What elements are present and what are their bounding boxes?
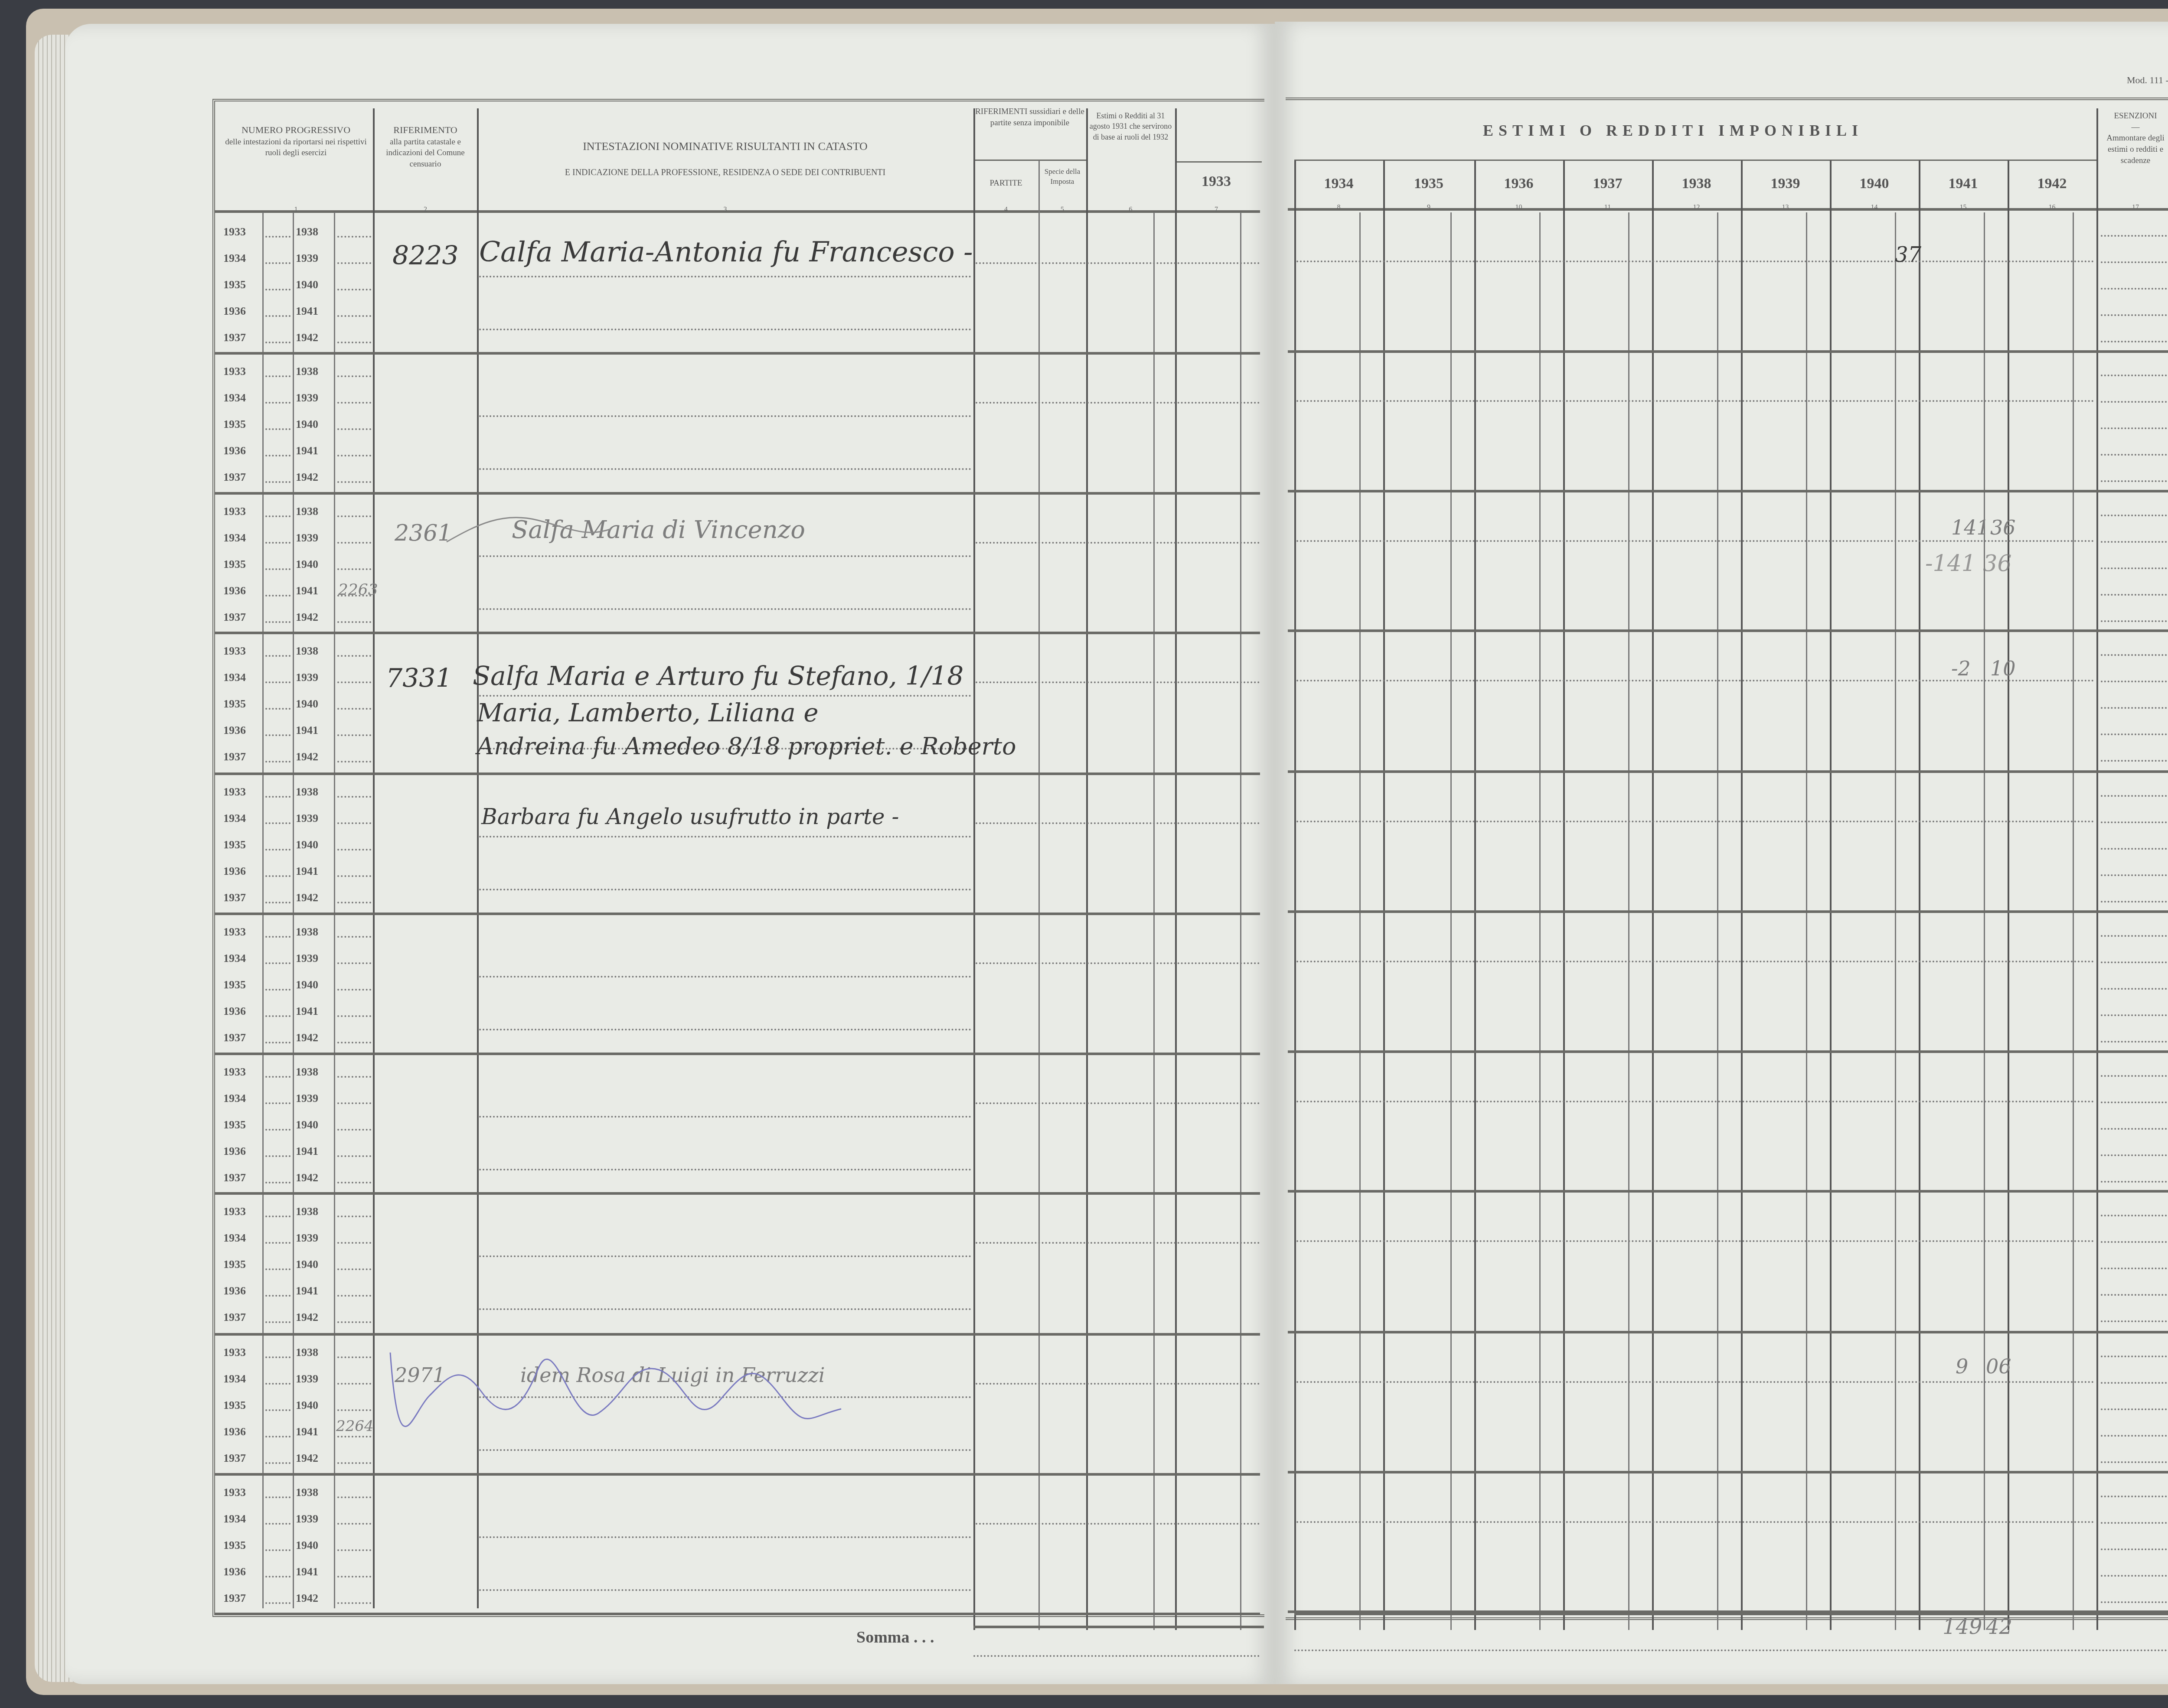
header-col17: ESENZIONI — Ammontare degli estimi o red… [2096,111,2168,166]
header-year-1933-num: 7 [1175,206,1257,214]
year-dots [265,455,291,456]
yr-col-b-divider [293,212,294,1608]
block-year-right: 1940 [296,558,318,571]
year-dots [337,1042,371,1043]
year-dots [337,455,371,456]
header-col5-num: 5 [1038,206,1086,214]
esenzioni-dots [2101,1294,2168,1296]
block-year-right: 1939 [296,252,318,265]
block-year-right: 1941 [296,584,318,597]
year-dots [265,1409,291,1411]
esenzioni-dots [2101,1041,2168,1043]
block-year-right: 1939 [296,671,318,684]
block-year-left: 1933 [223,505,246,518]
year-dots [337,1155,371,1157]
header-year-1937-num: 11 [1563,204,1652,212]
cents-1935 [1450,212,1452,1630]
year-dots [337,1182,371,1183]
block-divider-9 [215,1473,1260,1476]
entry-1-ref: 8223 [392,241,459,271]
sum-top-line-right [1294,1613,2168,1615]
year-dots [337,236,371,238]
year-dots [265,1216,291,1217]
block-year-left: 1933 [223,645,246,658]
header-year-1940-num: 14 [1830,204,1919,212]
col7-cents-divider [1240,212,1241,1630]
header-col3-sub: E INDICAZIONE DELLA PROFESSIONE, RESIDEN… [477,167,973,179]
block-year-right: 1938 [296,645,318,658]
year-dots [337,289,371,290]
header-col17-sub: Ammontare degli estimi o redditi e scade… [2096,133,2168,166]
block-year-left: 1936 [223,865,246,878]
total-1941: 149 [1943,1615,1982,1639]
year-dots [337,822,371,824]
col-1938-left [1652,160,1654,1630]
block-year-left: 1933 [223,1486,246,1499]
esenzioni-dots [2101,1356,2168,1357]
block-year-right: 1941 [296,305,318,318]
amount-line-dots-right [1296,1381,2094,1383]
esenzioni-dots [2101,1320,2168,1322]
header-col17-dash: — [2096,122,2168,133]
esenzioni-dots [2101,1496,2168,1497]
year-dots [337,375,371,377]
col-1939-left [1741,160,1743,1630]
block-year-right: 1938 [296,786,318,799]
amount-line-dots-right [1296,1101,2094,1102]
entry-5-line-1: Barbara fu Angelo usufrutto in parte - [481,804,899,829]
esenzioni-dots [2101,1128,2168,1130]
name-line-dots [479,415,971,417]
esenzioni-dots [2101,1014,2168,1016]
name-line-dots [479,1255,971,1257]
block-year-left: 1933 [223,1346,246,1359]
block-divider-6 [215,1053,1260,1055]
header-col2-title: RIFERIMENTO [374,124,477,137]
year-dots [337,1436,371,1437]
esenzioni-dots [2101,707,2168,709]
year-dots [337,1015,371,1017]
yr-col-a-divider [262,212,264,1608]
block-year-left: 1933 [223,365,246,378]
esenzioni-dots [2101,681,2168,682]
year-dots [265,402,291,404]
esenzioni-dots [2101,1522,2168,1524]
name-line-dots [479,329,971,330]
esenzioni-dots [2101,401,2168,403]
year-dots [337,1523,371,1525]
year-dots [265,262,291,264]
esenzioni-dots [2101,314,2168,316]
amount-line-dots-left [976,681,1260,683]
header-year-1935: 1935 [1383,176,1474,192]
name-line-dots [479,1116,971,1118]
esenzioni-dots [2101,1075,2168,1077]
esenzioni-dots [2101,261,2168,263]
year-dots [265,1383,291,1385]
sum-dotted-left [973,1655,1260,1657]
year-dots [337,796,371,798]
year-dots [337,1462,371,1464]
name-line-dots [479,1169,971,1170]
name-line-dots [479,555,971,557]
year-dots [337,875,371,877]
block-year-left: 1936 [223,1005,246,1018]
amount-line-dots-left [976,962,1260,964]
esenzioni-dots [2101,1102,2168,1103]
block-year-left: 1935 [223,418,246,431]
block-year-right: 1938 [296,926,318,939]
header-col6-title: Estimi o Redditi al 31 agosto 1931 che s… [1086,111,1175,142]
year-dots [337,481,371,483]
riferimenti-subdivider [973,160,1086,161]
header-col4-num: 4 [973,206,1038,214]
name-line-dots [479,836,971,838]
block-year-right: 1939 [296,1232,318,1245]
block-year-right: 1940 [296,1399,318,1412]
entry-1-amount-1940: 37 [1895,243,1921,267]
block-year-right: 1941 [296,724,318,737]
esenzioni-dots [2101,515,2168,516]
block-year-left: 1935 [223,698,246,711]
esenzioni-dots [2101,874,2168,876]
year-dots [265,1436,291,1437]
esenzioni-dots [2101,760,2168,762]
amount-line-dots-left [976,822,1260,824]
block-year-left: 1934 [223,671,246,684]
year-dots [337,315,371,317]
amount-line-dots-right [1296,1240,2094,1242]
cents-1938 [1717,212,1718,1630]
esenzioni-dots [2101,480,2168,482]
block-year-right: 1940 [296,978,318,991]
year-dots [265,761,291,763]
block-year-right: 1938 [296,365,318,378]
rblock-divider-7 [1288,1190,2168,1193]
year-dots [265,542,291,544]
name-line-dots [479,608,971,610]
block-year-right: 1939 [296,1092,318,1105]
block-divider-10 [215,1613,1260,1615]
year-dots [265,1523,291,1525]
block-year-right: 1938 [296,225,318,238]
block-year-right: 1939 [296,1372,318,1385]
block-year-left: 1936 [223,724,246,737]
block-year-right: 1941 [296,1565,318,1578]
year-dots [265,1602,291,1604]
amount-line-dots-left [976,1242,1260,1244]
block-year-left: 1937 [223,750,246,763]
entry-1-name: Calfa Maria-Antonia fu Francesco - [479,236,973,268]
entry-4-amount-1942: 10 [1990,657,2016,680]
name-line-dots [479,695,971,697]
rblock-divider-9 [1288,1471,2168,1473]
block-year-right: 1939 [296,391,318,404]
year-dots [337,936,371,938]
year-dots [337,655,371,657]
header-year-1938-num: 12 [1652,204,1741,212]
block-year-left: 1935 [223,1399,246,1412]
year-dots [265,375,291,377]
block-year-right: 1939 [296,1512,318,1525]
year-dots [337,1242,371,1244]
col-1934-left [1294,160,1296,1630]
header-year-1939-num: 13 [1741,204,1830,212]
year-dots [265,1076,291,1078]
col-divider-3-4 [973,108,975,1630]
block-year-right: 1940 [296,278,318,291]
block-divider-8 [215,1333,1260,1336]
esenzioni-dots [2101,848,2168,850]
block-year-left: 1937 [223,891,246,904]
block-year-left: 1937 [223,1311,246,1324]
esenzioni-dots [2101,594,2168,596]
year-dots [337,568,371,570]
block-year-right: 1942 [296,1452,318,1465]
sum-label: Somma . . . [856,1628,934,1647]
year-dots [265,1129,291,1131]
name-line-dots [479,889,971,890]
year-dots [265,342,291,343]
esenzioni-dots [2101,541,2168,543]
year-dots [265,989,291,991]
entry-4-ref: 7331 [386,663,452,694]
esenzioni-dots [2101,1601,2168,1603]
esenzioni-dots [2101,1181,2168,1183]
year-dots [337,262,371,264]
cents-1936 [1539,212,1541,1630]
header-col1: NUMERO PROGRESSIVO delle intestazioni da… [219,124,373,159]
amount-line-dots-right [1296,540,2094,542]
block-year-right: 1941 [296,1005,318,1018]
right-table-frame [1286,98,2168,1620]
year-dots [265,1576,291,1578]
block-year-right: 1940 [296,1118,318,1131]
block-year-left: 1937 [223,1031,246,1044]
esenzioni-dots [2101,733,2168,735]
esenzioni-dots [2101,1408,2168,1410]
name-line-dots [479,1029,971,1030]
form-model-label: Mod. 111 - Imposte Dirette (Intercalare)… [2127,75,2168,86]
year-dots [265,796,291,798]
year-dots [337,1383,371,1385]
esenzioni-dots [2101,901,2168,903]
esenzioni-dots [2101,1382,2168,1384]
cancellation-squiggle [382,1344,924,1431]
esenzioni-dots [2101,821,2168,823]
esenzioni-dots [2101,288,2168,290]
year-dots [265,1015,291,1017]
block-year-left: 1937 [223,1171,246,1184]
header-col1-num: 1 [219,206,373,214]
block-year-left: 1934 [223,1512,246,1525]
year-dots [337,621,371,623]
year-dots [265,962,291,964]
year-dots [337,989,371,991]
amount-line-dots-left [976,262,1260,264]
block-year-right: 1940 [296,1258,318,1271]
header-col6-num: 6 [1086,206,1175,214]
block-year-left: 1936 [223,1284,246,1297]
block-year-right: 1941 [296,1145,318,1158]
block-year-left: 1934 [223,391,246,404]
block-year-left: 1937 [223,1452,246,1465]
block-year-left: 1935 [223,1118,246,1131]
header-year-1941: 1941 [1919,176,2008,192]
header-col1-sub: delle intestazioni da riportarsi nei ris… [219,137,373,159]
amount-line-dots-right [1296,961,2094,962]
block-divider-3 [215,632,1260,634]
block-year-right: 1942 [296,750,318,763]
block-year-right: 1941 [296,1425,318,1438]
total-1942: 42 [1986,1615,2012,1639]
rblock-divider-6 [1288,1050,2168,1053]
block-divider-2 [215,492,1260,495]
block-year-right: 1942 [296,1592,318,1605]
esenzioni-dots [2101,1241,2168,1243]
name-line-dots [479,976,971,978]
esenzioni-dots [2101,654,2168,656]
esenzioni-dots [2101,795,2168,797]
block-year-left: 1937 [223,611,246,624]
block-year-left: 1936 [223,1565,246,1578]
block-year-left: 1933 [223,926,246,939]
block-year-left: 1936 [223,1145,246,1158]
amount-line-dots-left [976,1383,1260,1385]
entry-3-struck-amount: -141 36 [1925,551,2012,577]
cents-1937 [1628,212,1629,1630]
esenzioni-dots [2101,1461,2168,1463]
year-dots [337,1602,371,1604]
esenzioni-dots [2101,454,2168,456]
header-col4-title: PARTITE [973,178,1038,189]
year-dots [337,1576,371,1578]
entry-4-amount-1941: -2 [1951,657,1971,680]
amount-line-dots-right [1296,261,2094,262]
header-year-1939: 1939 [1741,176,1830,192]
year-dots [265,875,291,877]
esenzioni-dots [2101,1435,2168,1437]
block-year-right: 1938 [296,1066,318,1079]
entry-3-amount-1941: 141 [1951,516,1989,539]
year-dots [265,1042,291,1043]
name-line-dots [479,276,971,277]
block-year-left: 1934 [223,1092,246,1105]
block-year-right: 1942 [296,611,318,624]
name-line-dots [479,1536,971,1538]
year-dots [337,515,371,517]
year-dots [337,1549,371,1551]
block-year-left: 1935 [223,558,246,571]
block-year-left: 1937 [223,471,246,484]
year-dots [337,962,371,964]
year-dots [337,681,371,683]
block-year-left: 1933 [223,1205,246,1218]
year-dots [265,289,291,290]
header-col2-sub: alla partita catastale e indicazioni del… [374,137,477,170]
year-dots [337,342,371,343]
block-year-right: 1940 [296,418,318,431]
header-col17-title: ESENZIONI [2096,111,2168,122]
year-dots [265,936,291,938]
header-col2-num: 2 [374,206,477,214]
year-dots [337,1356,371,1358]
year-dots [265,621,291,623]
year-dots [265,515,291,517]
block-year-right: 1942 [296,1031,318,1044]
header-year-1942: 1942 [2008,176,2096,192]
esenzioni-dots [2101,935,2168,937]
amount-line-dots-left [976,402,1260,404]
block-year-right: 1938 [296,1205,318,1218]
amount-line-dots-left [976,1102,1260,1104]
header-year-1937: 1937 [1563,176,1652,192]
esenzioni-dots [2101,341,2168,342]
esenzioni-dots [2101,1154,2168,1156]
year-dots [265,481,291,483]
block-year-left: 1937 [223,331,246,344]
block-year-left: 1934 [223,1372,246,1385]
year-dots [265,1549,291,1551]
year-dots [265,902,291,903]
block-year-left: 1935 [223,278,246,291]
year-dots [337,1295,371,1297]
year-dots [337,1496,371,1498]
block-year-left: 1936 [223,1425,246,1438]
entry-4-line-3: Andreina fu Amedeo 8/18 propriet. e Robe… [477,733,1016,760]
col-divider-4-5 [1038,160,1040,1630]
header-year-1941-num: 15 [1919,204,2008,212]
year-dots [265,849,291,851]
col-1940-left [1830,160,1832,1630]
year-dots [265,1321,291,1323]
header-year-1940: 1940 [1830,176,1919,192]
block-year-left: 1937 [223,1592,246,1605]
entry-4-line-2: Maria, Lamberto, Liliana e [477,698,819,727]
year-dots [337,1216,371,1217]
block-year-left: 1935 [223,978,246,991]
entry-9-amount-1941: 9 [1956,1355,1968,1378]
block-year-left: 1934 [223,812,246,825]
block-year-left: 1936 [223,444,246,457]
col-1941-left [1919,160,1920,1630]
year-dots [265,1268,291,1270]
year-dots [265,1496,291,1498]
block-year-left: 1935 [223,838,246,851]
estimi-subdivider-left [1175,161,1262,163]
header-col2: RIFERIMENTO alla partita catastale e ind… [374,124,477,170]
year-dots [265,1182,291,1183]
col-17-left [2096,108,2098,1630]
year-dots [337,402,371,404]
year-dots [337,761,371,763]
esenzioni-dots [2101,620,2168,622]
year-dots [265,428,291,430]
block-divider-1 [215,352,1260,355]
year-dots [265,655,291,657]
year-dots [265,1295,291,1297]
block-divider-5 [215,913,1260,915]
esenzioni-dots [2101,1215,2168,1216]
block-year-right: 1942 [296,891,318,904]
rblock-divider-4 [1288,770,2168,773]
header-col3: INTESTAZIONI NOMINATIVE RISULTANTI IN CA… [477,139,973,179]
entry-3-side-ref: 2263 [338,581,378,599]
header-year-1934: 1934 [1294,176,1383,192]
amount-line-dots-right [1296,1521,2094,1523]
esenzioni-dots [2101,1548,2168,1550]
year-dots [337,849,371,851]
